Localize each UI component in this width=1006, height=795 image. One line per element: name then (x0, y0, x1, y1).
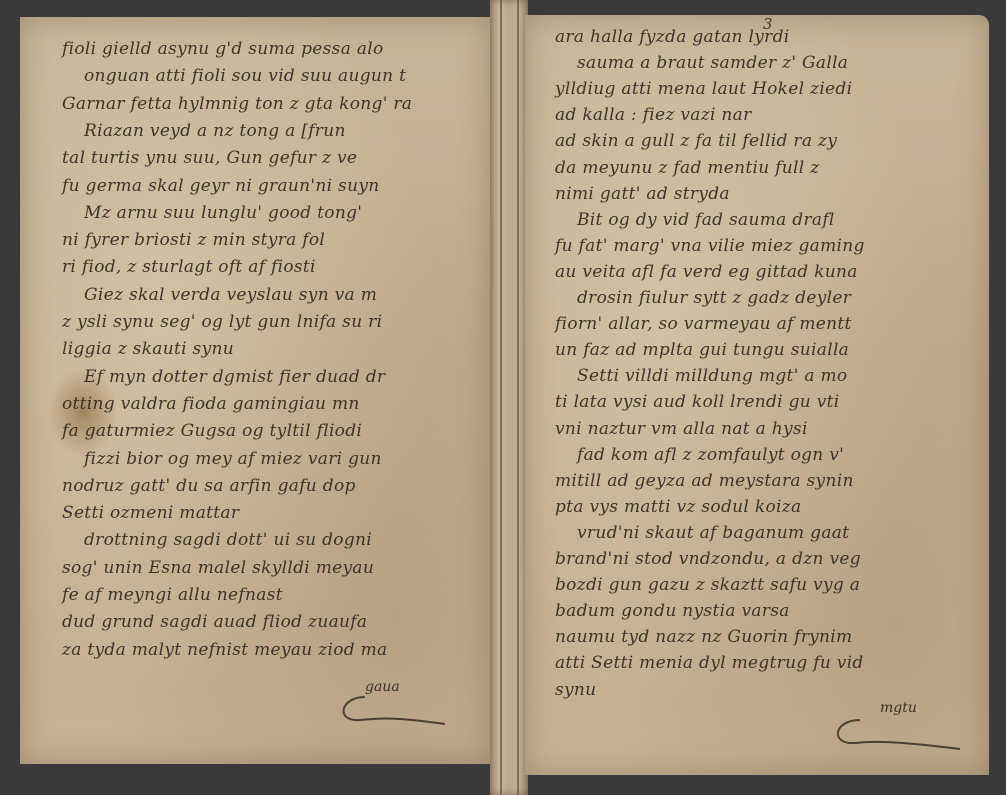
manuscript-line: nimi gatt' ad stryda (555, 184, 730, 204)
manuscript-line: Setti villdi milldung mgt' a mo (577, 366, 847, 386)
manuscript-line: Setti ozmeni mattar (62, 503, 239, 523)
flourish-mark (825, 715, 965, 755)
manuscript-line: fiorn' allar, so varmeyau af mentt (555, 314, 852, 334)
manuscript-line: ad kalla : fiez vazi nar (555, 105, 752, 125)
manuscript-line: da meyunu z fad mentiu full z (555, 158, 819, 178)
manuscript-line: au veita afl fa verd eg gittad kuna (555, 262, 858, 282)
manuscript-line: fa gaturmiez Gugsa og tyltil fliodi (62, 421, 362, 441)
manuscript-line: ara halla fyzda gatan lyrdi (555, 27, 790, 47)
manuscript-line: sog' unin Esna malel skylldi meyau (62, 558, 374, 578)
manuscript-line: fu germa skal geyr ni graun'ni suyn (62, 176, 379, 196)
right-page: 3 ara halla fyzda gatan lyrdisauma a bra… (525, 15, 989, 775)
manuscript-line: fad kom afl z zomfaulyt ogn v' (577, 445, 844, 465)
manuscript-line: vrud'ni skaut af baganum gaat (577, 523, 849, 543)
manuscript-line: ni fyrer briosti z min styra fol (62, 230, 325, 250)
manuscript-line: tal turtis ynu suu, Gun gefur z ve (62, 148, 357, 168)
manuscript-line: badum gondu nystia varsa (555, 601, 790, 621)
manuscript-line: Ef myn dotter dgmist fier duad dr (84, 367, 385, 387)
manuscript-line: fe af meyngi allu nefnast (62, 585, 283, 605)
left-page: fioli gielld asynu g'd suma pessa aloong… (20, 17, 490, 764)
manuscript-line: drottning sagdi dott' ui su dogni (84, 530, 372, 550)
manuscript-line: fu fat' marg' vna vilie miez gaming (555, 236, 865, 256)
catchword: mgtu (880, 700, 917, 716)
manuscript-line: liggia z skauti synu (62, 339, 234, 359)
manuscript-line: synu (555, 680, 596, 700)
manuscript-line: sauma a braut samder z' Galla (577, 53, 848, 73)
manuscript-line: otting valdra fioda gamingiau mn (62, 394, 360, 414)
manuscript-line: nodruz gatt' du sa arfin gafu dop (62, 476, 356, 496)
fold-line (500, 0, 502, 795)
flourish-mark (335, 692, 455, 732)
manuscript-line: dud grund sagdi auad fliod zuaufa (62, 612, 367, 632)
manuscript-line: atti Setti menia dyl megtrug fu vid (555, 653, 864, 673)
manuscript-line: ri fiod, z sturlagt oft af fiosti (62, 257, 316, 277)
manuscript-line: ylldiug atti mena laut Hokel ziedi (555, 79, 852, 99)
manuscript-line: ti lata vysi aud koll lrendi gu vti (555, 392, 839, 412)
manuscript-line: brand'ni stod vndzondu, a dzn veg (555, 549, 861, 569)
manuscript-line: Bit og dy vid fad sauma drafl (577, 210, 835, 230)
manuscript-line: naumu tyd nazz nz Guorin frynim (555, 627, 852, 647)
manuscript-line: Riazan veyd a nz tong a [frun (84, 121, 346, 141)
manuscript-line: fizzi bior og mey af miez vari gun (84, 449, 382, 469)
manuscript-line: za tyda malyt nefnist meyau ziod ma (62, 640, 387, 660)
fold-line (517, 0, 519, 795)
binding-gutter (490, 0, 528, 795)
manuscript-line: un faz ad mplta gui tungu suialla (555, 340, 849, 360)
manuscript-line: Giez skal verda veyslau syn va m (84, 285, 377, 305)
manuscript-line: z ysli synu seg' og lyt gun lnifa su ri (62, 312, 382, 332)
manuscript-line: bozdi gun gazu z skaztt safu vyg a (555, 575, 860, 595)
manuscript-line: fioli gielld asynu g'd suma pessa alo (62, 39, 384, 59)
manuscript-line: pta vys matti vz sodul koiza (555, 497, 801, 517)
manuscript-line: ad skin a gull z fa til fellid ra zy (555, 131, 837, 151)
manuscript-line: Mz arnu suu lunglu' good tong' (84, 203, 362, 223)
manuscript-line: mitill ad geyza ad meystara synin (555, 471, 854, 491)
manuscript-line: Garnar fetta hylmnig ton z gta kong' ra (62, 94, 412, 114)
manuscript-line: onguan atti fioli sou vid suu augun t (84, 66, 406, 86)
manuscript-line: drosin fiulur sytt z gadz deyler (577, 288, 851, 308)
manuscript-line: vni naztur vm alla nat a hysi (555, 419, 808, 439)
